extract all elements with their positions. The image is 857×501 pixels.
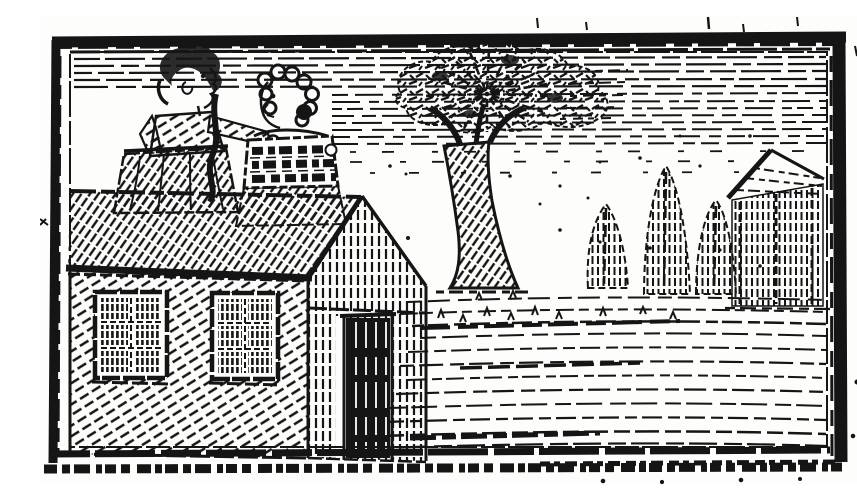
right-figure-hand bbox=[326, 145, 337, 156]
curls-dark-patch bbox=[296, 104, 312, 120]
door-lintel bbox=[340, 314, 396, 316]
doorway bbox=[340, 314, 396, 460]
right-figure-skirt bbox=[236, 186, 346, 226]
window-left bbox=[92, 292, 170, 384]
barn-ground-line bbox=[725, 308, 832, 309]
border-left bbox=[53, 40, 56, 463]
tablet-text-row-3 bbox=[252, 177, 336, 179]
inscribed-tablet bbox=[244, 136, 338, 188]
window-right bbox=[209, 293, 280, 385]
right-figure-eye bbox=[271, 94, 276, 99]
border-top bbox=[52, 37, 846, 42]
border-right bbox=[839, 42, 841, 462]
engraving-canvas: Early woodcut print: two half-length fig… bbox=[40, 16, 857, 485]
main-house bbox=[66, 191, 426, 462]
left-figure-eye bbox=[201, 74, 205, 78]
woodcut-print: Early woodcut print: two half-length fig… bbox=[40, 16, 857, 485]
